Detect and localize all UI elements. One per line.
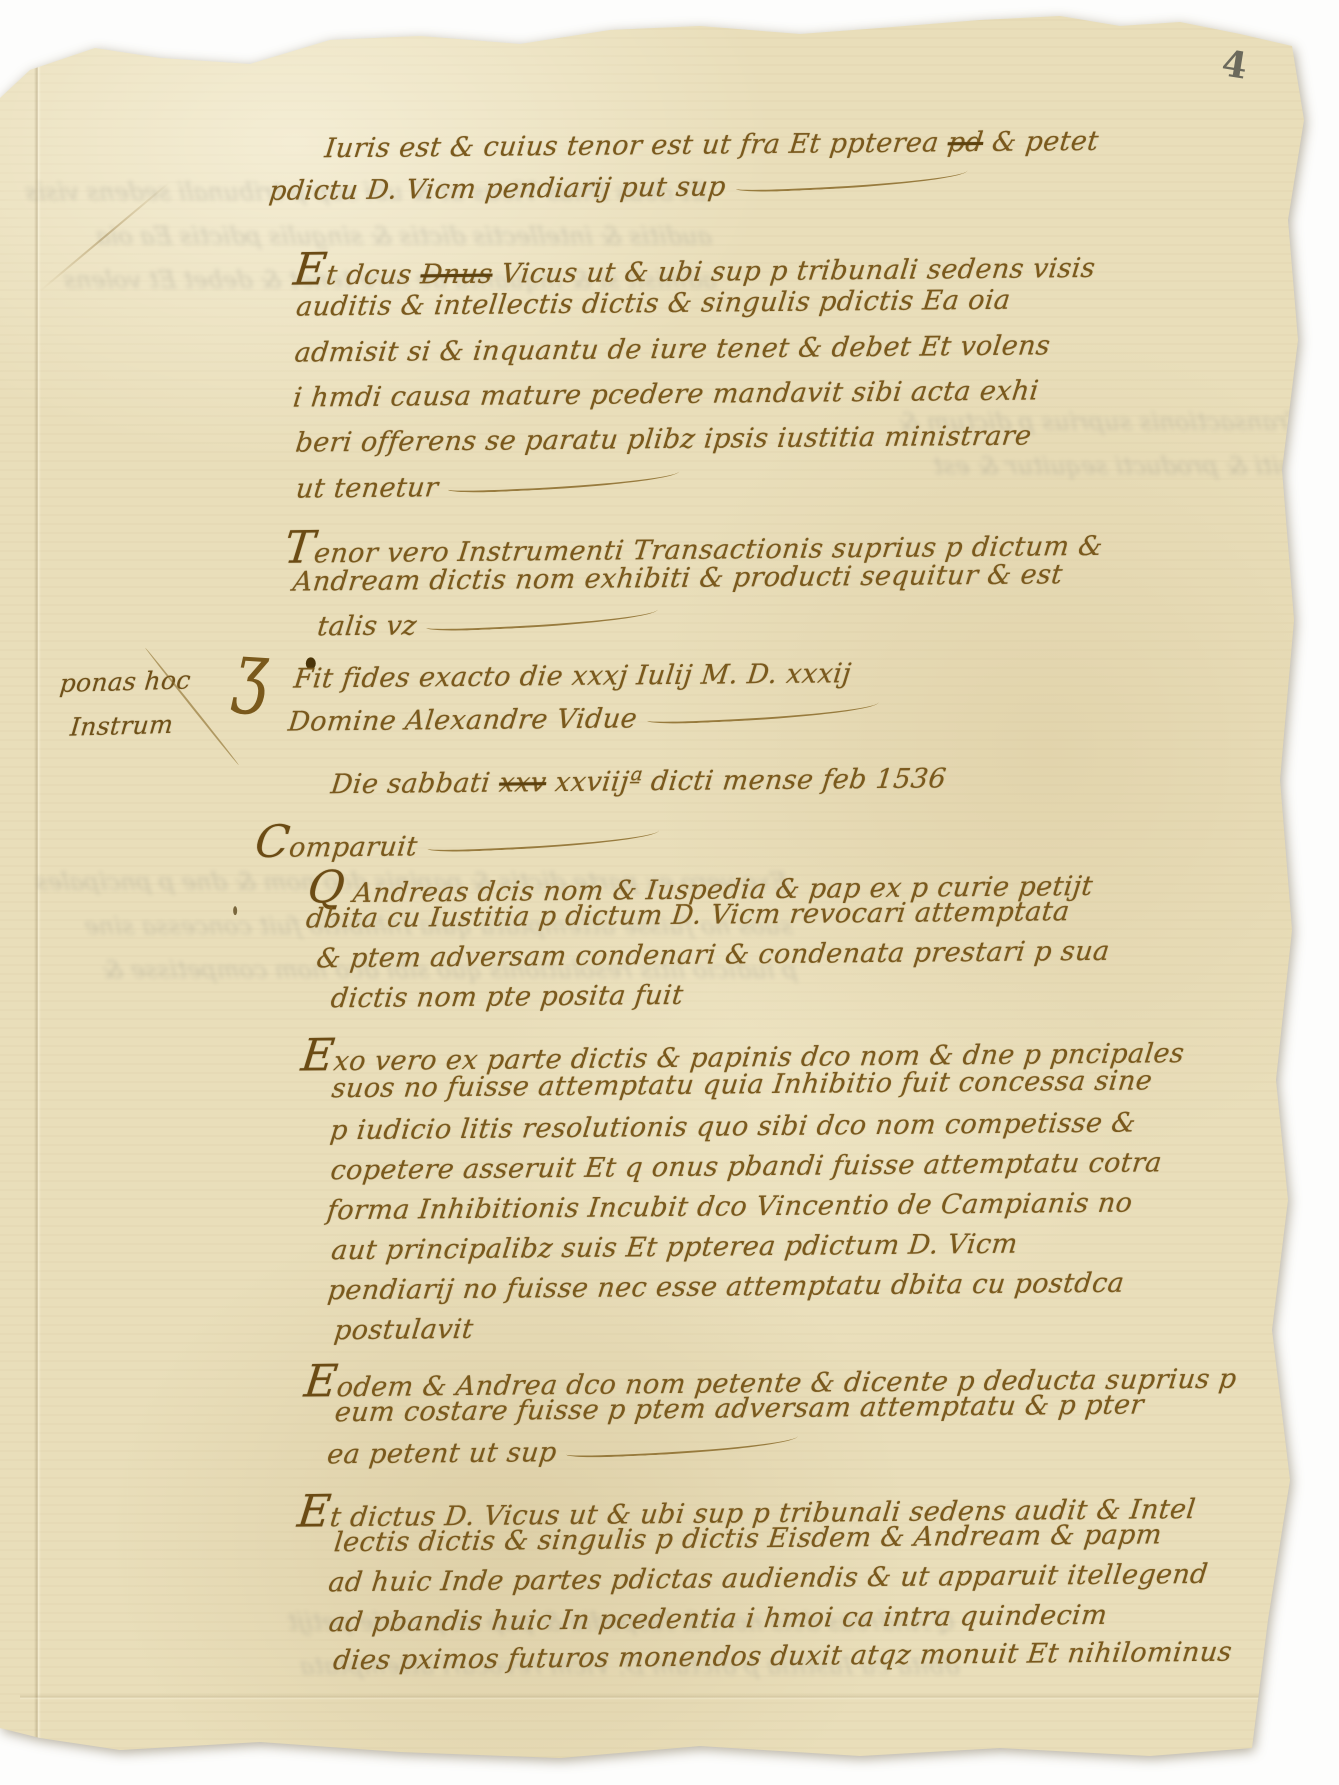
pen-flourish xyxy=(647,697,879,725)
pen-flourish xyxy=(566,1431,798,1459)
pen-flourish xyxy=(735,165,967,193)
manuscript-line: pdictu D. Vicm pendiarij put sup xyxy=(267,169,967,207)
manuscript-line: admisit si & inquantu de iure tenet & de… xyxy=(293,330,1052,368)
manuscript-line: ad pbandis huic In pcedentia i hmoi ca i… xyxy=(327,1600,1109,1639)
ink-speck xyxy=(233,906,237,915)
margin-brace: ʒ xyxy=(231,624,271,717)
manuscript-line: dictis nom pte posita fuit xyxy=(329,980,685,1014)
text-layer: ponas hoc Instrum ʒ Iuris est & cuius te… xyxy=(0,0,1339,1785)
manuscript-line: eum costare fuisse p ptem adversam attem… xyxy=(333,1389,1145,1428)
manuscript-line: Andream dictis nom exhibiti & producti s… xyxy=(291,559,1064,597)
manuscript-line: Iuris est & cuius tenor est ut fra Et pp… xyxy=(323,126,1100,164)
manuscript-line: postulavit xyxy=(332,1314,475,1346)
manuscript-line: dbita cu Iustitia p dictum D. Vicm revoc… xyxy=(304,896,1071,934)
manuscript-line: p iudicio litis resolutionis quo sibi dc… xyxy=(329,1108,1138,1147)
manuscript-line: auditis & intellectis dictis & singulis … xyxy=(295,285,1013,323)
manuscript-line: Domine Alexandre Vidue xyxy=(287,701,879,738)
manuscript-line: talis vz xyxy=(316,608,659,642)
parchment-page: Et dcus Dnus Vicus ut & ubi sup p tribun… xyxy=(0,0,1339,1785)
pen-flourish xyxy=(426,604,658,632)
manuscript-line: dies pximos futuros monendos duxit atqz … xyxy=(332,1637,1234,1677)
pen-flourish xyxy=(448,466,680,494)
manuscript-line: beri offerens se paratu plibz ipsis iust… xyxy=(294,420,1033,458)
manuscript-line: Die sabbati xxv xxviijª dicti mense feb … xyxy=(329,763,948,800)
paper-sheet: Et dcus Dnus Vicus ut & ubi sup p tribun… xyxy=(0,0,1339,1785)
pen-flourish xyxy=(427,825,659,853)
manuscript-line: suos no fuisse attemptatu quia Inhibitio… xyxy=(330,1065,1154,1104)
manuscript-line: ad huic Inde partes pdictas audiendis & … xyxy=(327,1559,1210,1598)
manuscript-scan: Et dcus Dnus Vicus ut & ubi sup p tribun… xyxy=(0,0,1339,1785)
manuscript-line: & ptem adversam condenari & condenata pr… xyxy=(315,936,1111,975)
manuscript-line: pendiarij no fuisse nec esse attemptatu … xyxy=(326,1268,1126,1307)
manuscript-line: Fit fides exacto die xxxj Iulij M. D. xx… xyxy=(292,658,853,694)
manuscript-line: ea petent ut sup xyxy=(326,1435,799,1471)
manuscript-line: ut tenetur xyxy=(294,470,680,505)
manuscript-line: copetere asseruit Et q onus pbandi fuiss… xyxy=(329,1147,1164,1186)
manuscript-line: lectis dictis & singulis p dictis Eisdem… xyxy=(332,1519,1163,1558)
margin-note-line2: Instrum xyxy=(69,710,175,742)
manuscript-line: aut principalibz suis Et ppterea pdictum… xyxy=(330,1229,1020,1267)
manuscript-line: forma Inhibitionis Incubit dco Vincentio… xyxy=(325,1188,1134,1227)
manuscript-line: i hmdi causa mature pcedere mandavit sib… xyxy=(291,375,1040,413)
